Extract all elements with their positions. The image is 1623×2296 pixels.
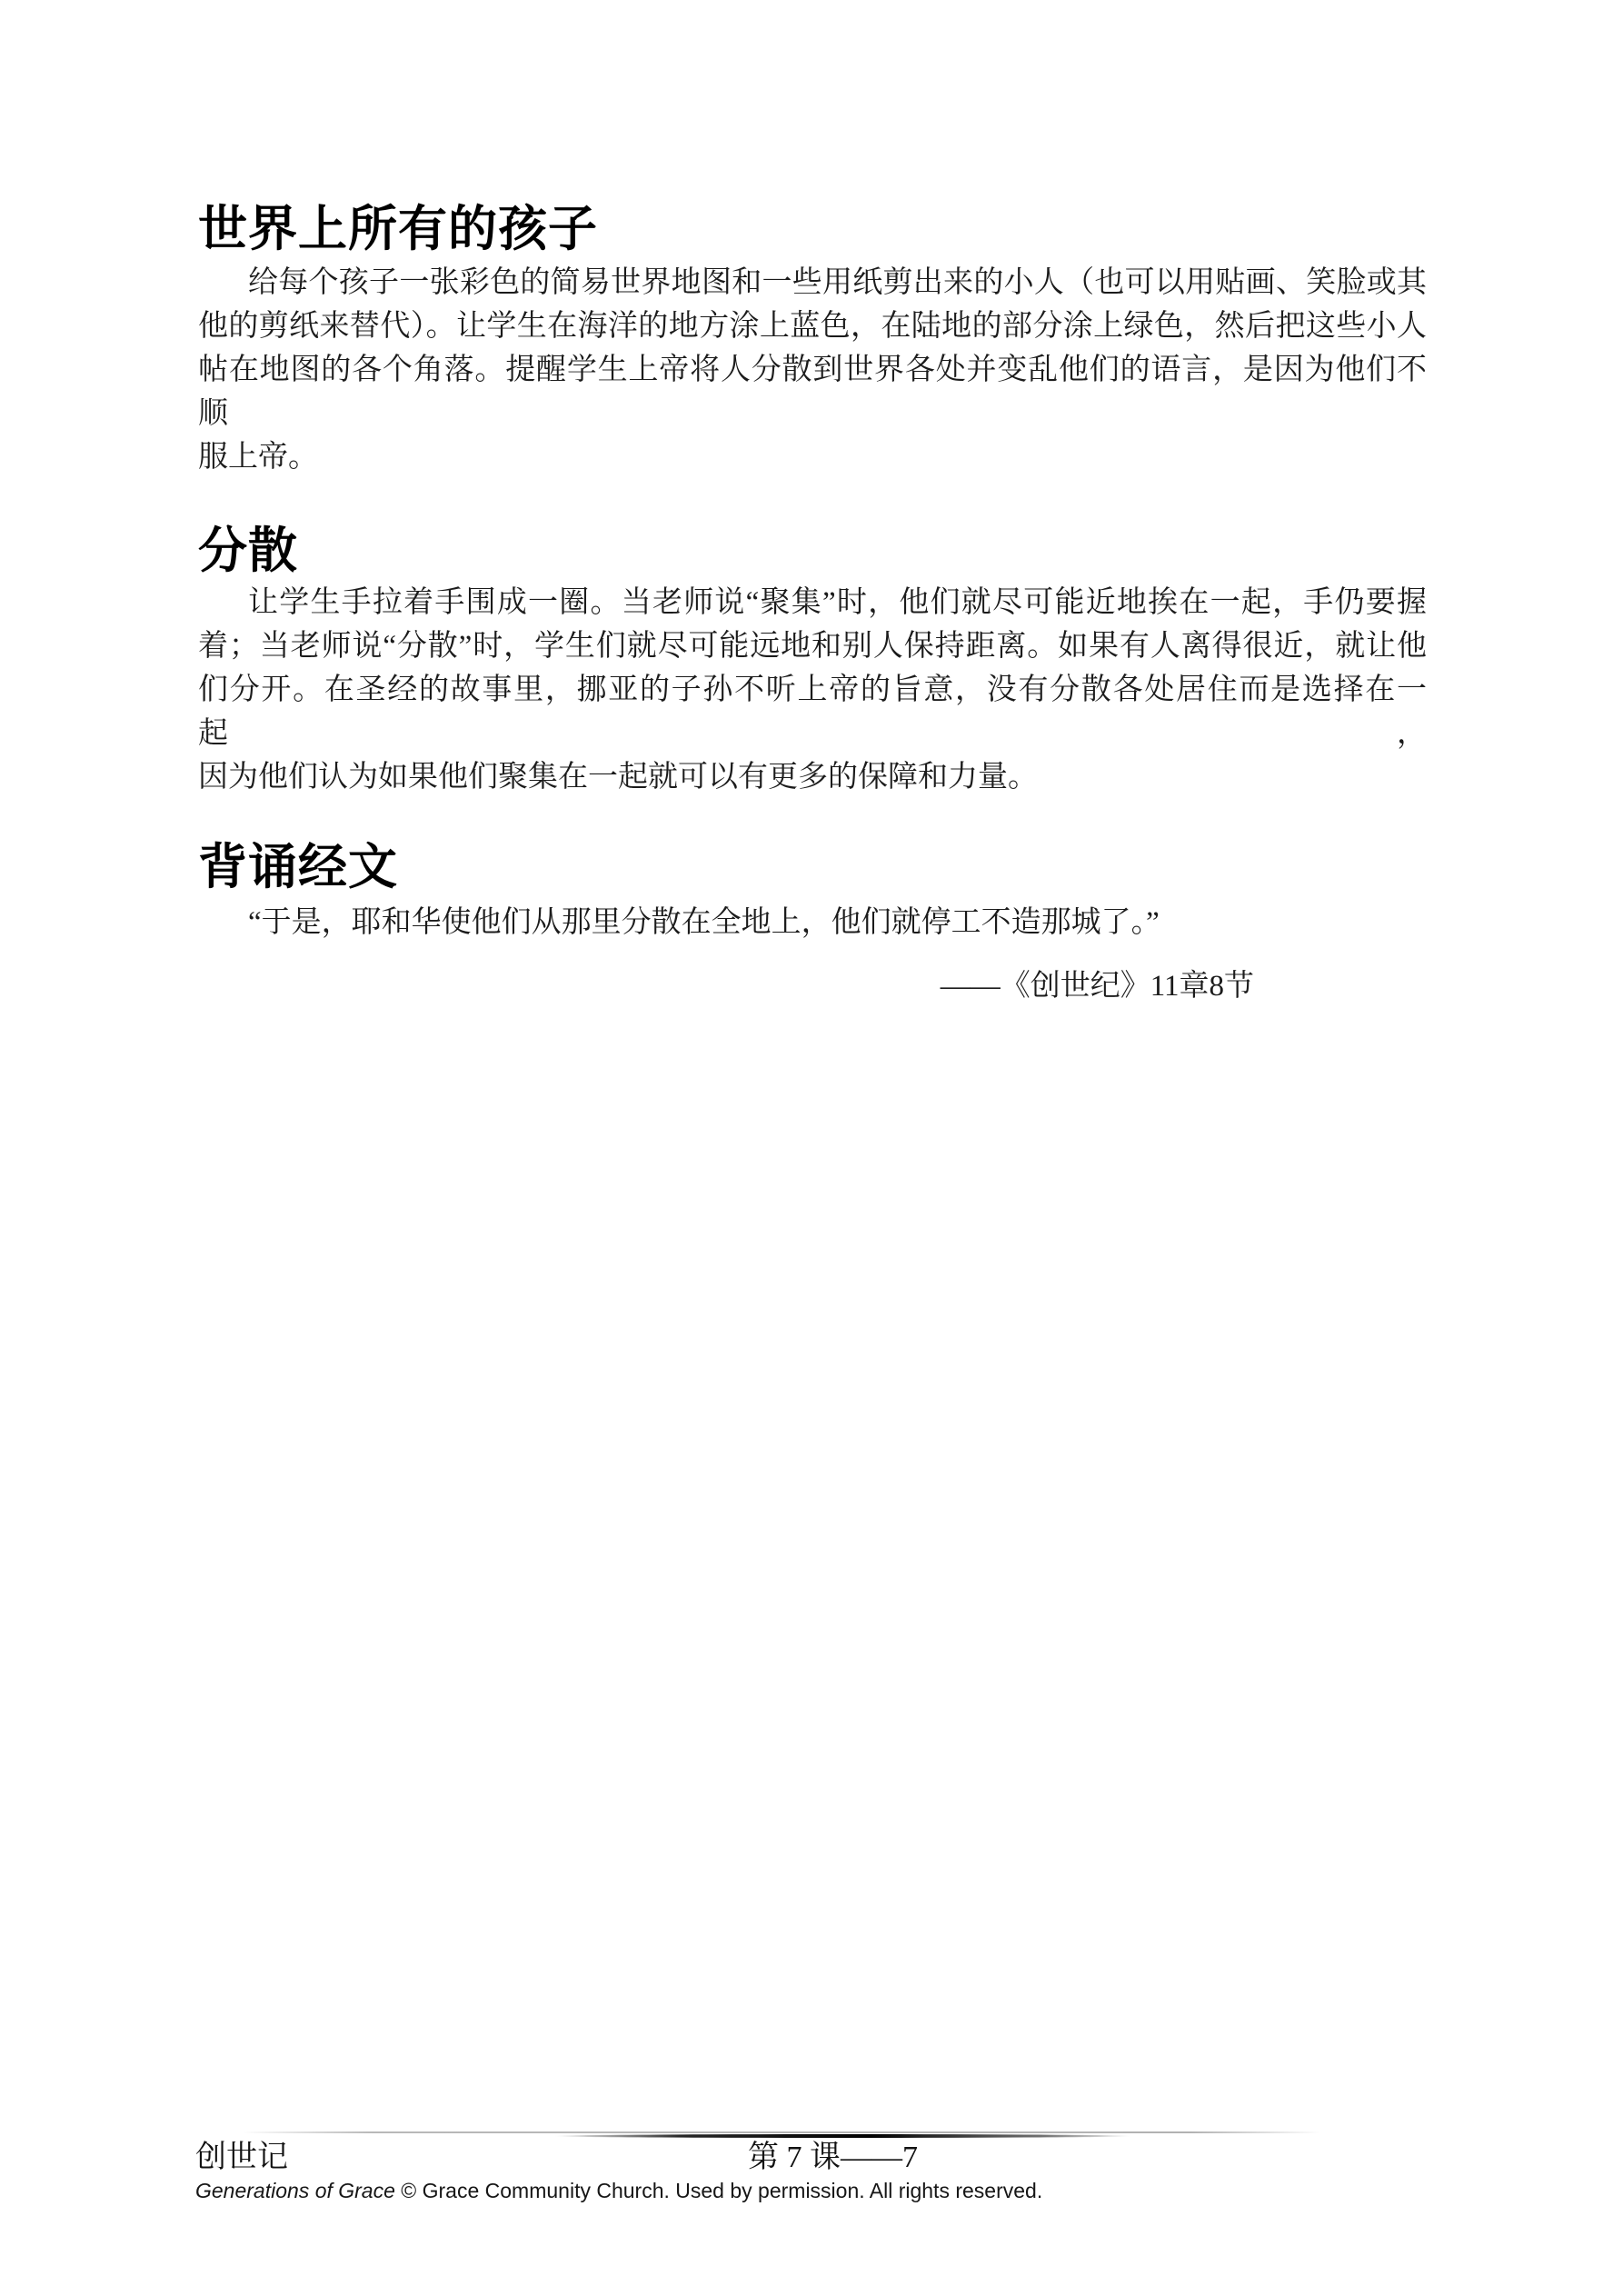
- scripture-quote: “于是，耶和华使他们从那里分散在全地上，他们就停工不造那城了。”: [198, 901, 1427, 944]
- paragraph-scatter: 让学生手拉着手围成一圈。当老师说“聚集”时，他们就尽可能近地挨在一起，手仍要握 …: [198, 581, 1427, 799]
- paragraph-line: 给每个孩子一张彩色的简易世界地图和一些用纸剪出来的小人（也可以用贴画、笑脸或其: [198, 261, 1427, 304]
- section-heading-all-children: 世界上所有的孩子: [198, 205, 1427, 254]
- footer-divider-line-dark: [554, 2134, 1131, 2138]
- footer-book-title: 创世记: [195, 2140, 288, 2176]
- paragraph-all-children: 给每个孩子一张彩色的简易世界地图和一些用纸剪出来的小人（也可以用贴画、笑脸或其 …: [198, 261, 1427, 479]
- scripture-citation: ——《创世纪》11章8节: [198, 970, 1427, 1003]
- footer-divider-line-light: [243, 2131, 1320, 2133]
- paragraph-line: 着；当老师说“分散”时，学生们就尽可能远地和别人保持距离。如果有人离得很近，就让…: [198, 624, 1427, 668]
- section-heading-memory-verse: 背诵经文: [198, 843, 1427, 892]
- paragraph-line: 让学生手拉着手围成一圈。当老师说“聚集”时，他们就尽可能近地挨在一起，手仍要握: [198, 581, 1427, 624]
- paragraph-line: 们分开。在圣经的故事里，挪亚的子孙不听上帝的旨意，没有分散各处居住而是选择在一起…: [198, 668, 1427, 755]
- footer-copyright-series-title: Generations of Grace: [195, 2179, 395, 2202]
- document-page: 世界上所有的孩子 给每个孩子一张彩色的简易世界地图和一些用纸剪出来的小人（也可以…: [0, 0, 1623, 2296]
- section-heading-scatter: 分散: [198, 526, 1427, 575]
- footer-copyright-text: © Grace Community Church. Used by permis…: [395, 2179, 1042, 2202]
- footer-page-number: 第 7 课——7: [748, 2140, 918, 2176]
- paragraph-line: 因为他们认为如果他们聚集在一起就可以有更多的保障和力量。: [198, 755, 1427, 799]
- paragraph-line: 服上帝。: [198, 435, 1427, 479]
- paragraph-line: 他的剪纸来替代）。让学生在海洋的地方涂上蓝色，在陆地的部分涂上绿色，然后把这些小…: [198, 304, 1427, 348]
- footer-copyright-line: Generations of Grace © Grace Community C…: [195, 2178, 1042, 2203]
- paragraph-line: 帖在地图的各个角落。提醒学生上帝将人分散到世界各处并变乱他们的语言，是因为他们不…: [198, 348, 1427, 435]
- page-content: 世界上所有的孩子 给每个孩子一张彩色的简易世界地图和一些用纸剪出来的小人（也可以…: [198, 0, 1427, 1003]
